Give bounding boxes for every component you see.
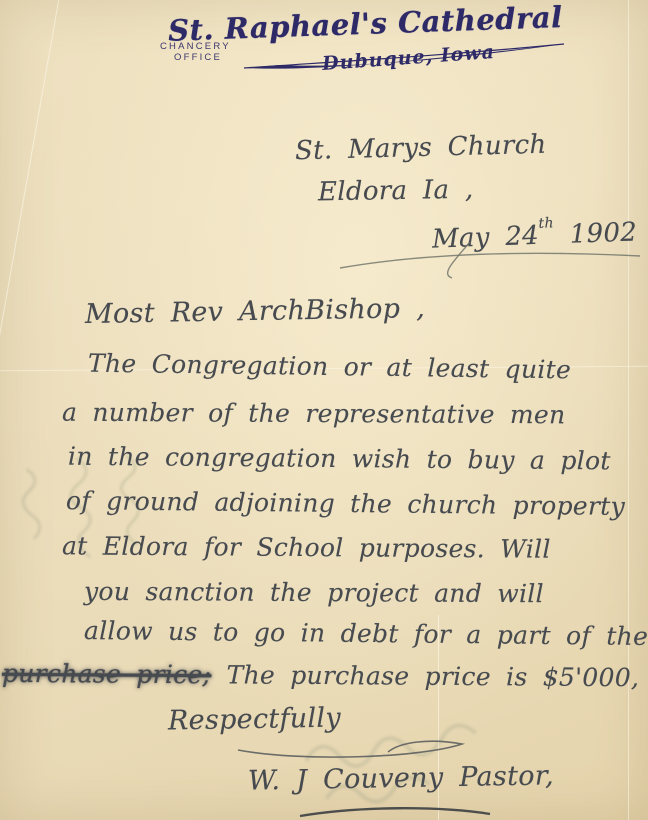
paper-crease-right	[628, 0, 629, 820]
salutation: Most Rev ArchBishop ,	[85, 293, 425, 330]
dateline-date: May 24th 1902	[432, 217, 638, 254]
body-line-1: The Congregation or at least quite	[88, 349, 571, 385]
body-line-3: in the congregation wish to buy a plot	[68, 442, 611, 476]
body-line-6: you sanction the project and will	[84, 577, 544, 608]
body-line-5: at Eldora for School purposes. Will	[62, 531, 551, 563]
body-line-8-text: The purchase price is $5'000,	[226, 660, 639, 692]
signature-underline-flourish	[0, 804, 648, 820]
dateline-city: Eldora Ia ,	[318, 175, 474, 208]
paper-crease-diagonal	[0, 0, 61, 473]
date-day: May 24	[432, 221, 540, 255]
body-line-2: a number of the representative men	[62, 398, 566, 430]
struck-out-text: purchase price;	[2, 659, 212, 689]
date-ordinal: th	[538, 216, 554, 233]
letter-document: St. Raphael's Cathedral CHANCERY OFFICE …	[0, 0, 648, 820]
body-line-7: allow us to go in debt for a part of the	[84, 616, 648, 651]
dateline-church: St. Marys Church	[295, 130, 547, 167]
closing: Respectfully	[168, 702, 341, 736]
body-line-8: purchase price; The purchase price is $5…	[2, 659, 639, 692]
letterhead-office-label: CHANCERY OFFICE	[160, 41, 231, 63]
signature: W. J Couveny Pastor,	[248, 760, 554, 796]
body-line-4: of ground adjoining the church property	[66, 486, 625, 521]
date-year: 1902	[569, 217, 637, 249]
letterhead-office-line1: CHANCERY	[160, 41, 231, 52]
letterhead-office-line2: OFFICE	[160, 52, 231, 63]
